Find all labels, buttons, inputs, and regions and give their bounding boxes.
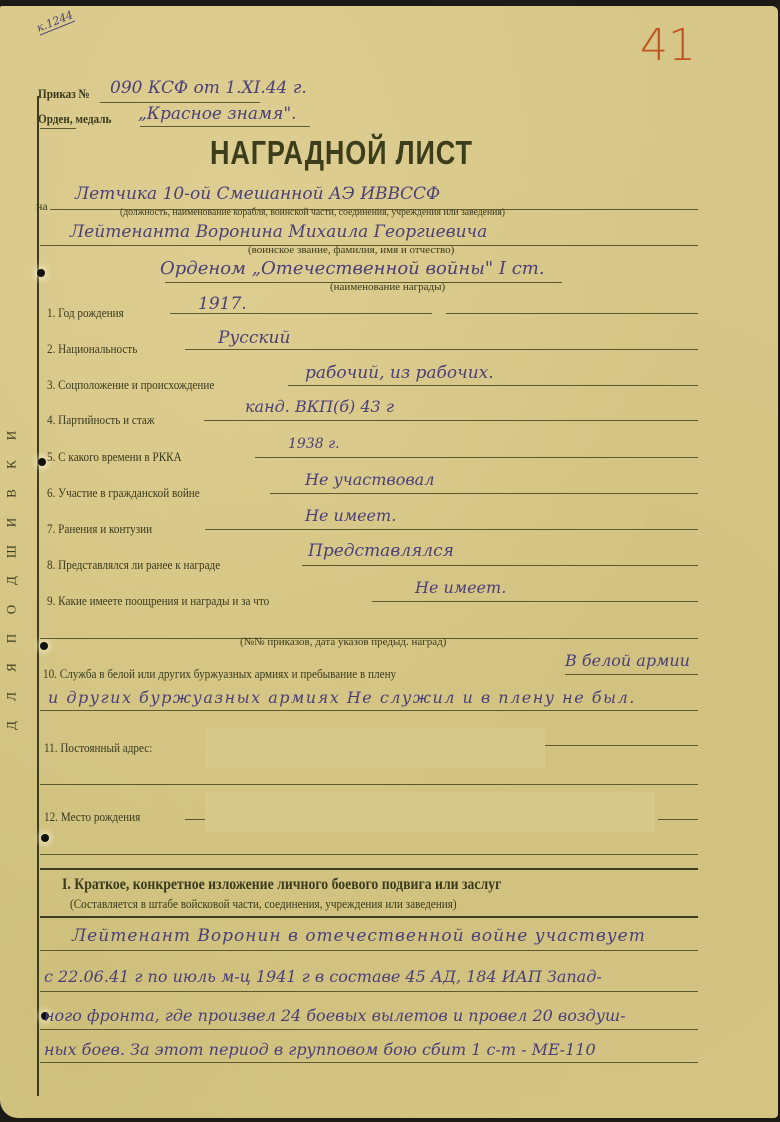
binding-margin-line bbox=[37, 96, 39, 1096]
field-4-value[interactable]: канд. ВКП(б) 43 г bbox=[245, 397, 394, 416]
position-value: Летчика 10-ой Смешанной АЭ ИВВССФ bbox=[75, 184, 440, 204]
field-4-line bbox=[204, 420, 698, 421]
narrative-rule bbox=[40, 1062, 698, 1063]
punch-hole bbox=[41, 834, 49, 842]
award-value: „Красное знамя". bbox=[138, 104, 297, 124]
field-10-label: 10. Служба в белой или других буржуазных… bbox=[43, 666, 396, 682]
punch-hole bbox=[37, 269, 45, 277]
field-12-label: 12. Место рождения bbox=[44, 809, 140, 825]
order-underline bbox=[100, 102, 260, 103]
section-1-subtitle: (Составляется в штабе войсковой части, с… bbox=[70, 896, 457, 912]
narrative-line-4: ных боев. За этот период в групповом бою… bbox=[44, 1040, 596, 1059]
field-10-line-1 bbox=[565, 674, 698, 675]
field-5-line bbox=[255, 457, 698, 458]
field-3-value[interactable]: рабочий, из рабочих. bbox=[305, 363, 494, 383]
name-value: Лейтенанта Воронина Михаила Георгиевича bbox=[70, 222, 487, 242]
field-10-value-line2[interactable]: и других буржуазных армиях Не служил и в… bbox=[48, 688, 636, 707]
field-9-value[interactable]: Не имеет. bbox=[415, 578, 506, 597]
field-7-line bbox=[205, 529, 698, 530]
document-title: НАГРАДНОЙ ЛИСТ bbox=[210, 134, 473, 172]
field-5-value[interactable]: 1938 г. bbox=[288, 436, 340, 452]
field-3-label: 3. Соцположение и происхождение bbox=[47, 377, 214, 393]
narrative-line-1: Лейтенант Воронин в отечественной войне … bbox=[72, 926, 646, 946]
position-caption: (должность, наименование корабля, воинск… bbox=[120, 206, 505, 218]
binding-margin-label: ИКВИШДОПЯЛД bbox=[6, 421, 30, 741]
field-12-line bbox=[658, 819, 698, 820]
order-value: 090 КСФ от 1.XI.44 г. bbox=[110, 78, 307, 98]
redacted-birthplace bbox=[205, 792, 655, 832]
field-12-line-2 bbox=[40, 854, 698, 855]
spine-letter: В bbox=[4, 482, 33, 506]
field-11-line-2 bbox=[40, 784, 698, 785]
spine-letter: К bbox=[4, 453, 33, 477]
field-2-value[interactable]: Русский bbox=[218, 328, 290, 348]
field-9-line bbox=[372, 601, 698, 602]
spine-letter: Я bbox=[4, 656, 33, 680]
spine-letter: И bbox=[4, 424, 33, 448]
field-1-label: 1. Год рождения bbox=[47, 305, 124, 321]
spine-letter: О bbox=[4, 598, 33, 622]
award-underline-short bbox=[40, 128, 76, 129]
award-sheet: к.1244 41 ИКВИШДОПЯЛД Приказ № 090 КСФ о… bbox=[0, 6, 778, 1118]
field-10-value-line1[interactable]: В белой армии bbox=[565, 651, 690, 670]
field-6-label: 6. Участие в гражданской войне bbox=[47, 485, 200, 501]
field-5-label: 5. С какого времени в РККА bbox=[47, 449, 182, 465]
field-9-label: 9. Какие имеете поощрения и награды и за… bbox=[47, 593, 269, 609]
redacted-address bbox=[205, 728, 545, 768]
field-8-label: 8. Представлялся ли ранее к награде bbox=[47, 557, 220, 573]
field-8-line bbox=[302, 565, 698, 566]
field-7-value[interactable]: Не имеет. bbox=[305, 506, 396, 525]
spine-letter: Д bbox=[4, 569, 33, 593]
na-label: на bbox=[36, 199, 48, 214]
name-caption: (воинское звание, фамилия, имя и отчеств… bbox=[248, 244, 454, 256]
field-12-line-start bbox=[185, 819, 205, 820]
award-name-caption: (наименование награды) bbox=[330, 281, 445, 293]
field-4-label: 4. Партийность и стаж bbox=[47, 412, 155, 428]
page-number: 41 bbox=[640, 20, 696, 71]
spine-letter: Ш bbox=[4, 540, 33, 564]
archive-stamp: к.1244 bbox=[35, 8, 76, 35]
punch-hole bbox=[40, 642, 48, 650]
punch-hole bbox=[38, 458, 46, 466]
section-divider-bottom bbox=[40, 916, 698, 918]
section-1-title: I. Краткое, конкретное изложение личного… bbox=[62, 876, 501, 894]
field-8-value[interactable]: Представлялся bbox=[308, 541, 454, 561]
narrative-rule bbox=[40, 1029, 698, 1030]
award-underline bbox=[140, 126, 310, 127]
narrative-line-3: ного фронта, где произвел 24 боевых выле… bbox=[44, 1006, 626, 1025]
field-1-line-2 bbox=[446, 313, 698, 314]
narrative-rule bbox=[40, 991, 698, 992]
narrative-rule bbox=[40, 950, 698, 951]
field-1-value[interactable]: 1917. bbox=[198, 294, 247, 314]
award-name-value: Орденом „Отечественной войны" I ст. bbox=[160, 258, 545, 279]
field-3-line bbox=[288, 385, 698, 386]
field-11-line bbox=[545, 745, 698, 746]
spine-letter: Д bbox=[4, 714, 33, 738]
order-label: Приказ № bbox=[38, 86, 90, 102]
spine-letter: П bbox=[4, 627, 33, 651]
field-2-label: 2. Национальность bbox=[47, 341, 137, 357]
field-6-line bbox=[270, 493, 698, 494]
field-11-label: 11. Постоянный адрес: bbox=[44, 740, 152, 756]
field-1-line bbox=[170, 313, 432, 314]
spine-letter: Л bbox=[4, 685, 33, 709]
field-7-label: 7. Ранения и контузии bbox=[47, 521, 152, 537]
spine-letter: И bbox=[4, 511, 33, 535]
field-2-line bbox=[185, 349, 698, 350]
narrative-line-2: с 22.06.41 г по июль м-ц 1941 г в состав… bbox=[44, 967, 602, 986]
section-divider-top bbox=[40, 868, 698, 870]
field-6-value[interactable]: Не участвовал bbox=[305, 470, 434, 489]
field-10-line-2 bbox=[40, 710, 698, 711]
field-9-caption: (№№ приказов, дата указов предыд. наград… bbox=[240, 636, 446, 648]
award-label: Орден, медаль bbox=[38, 111, 111, 127]
